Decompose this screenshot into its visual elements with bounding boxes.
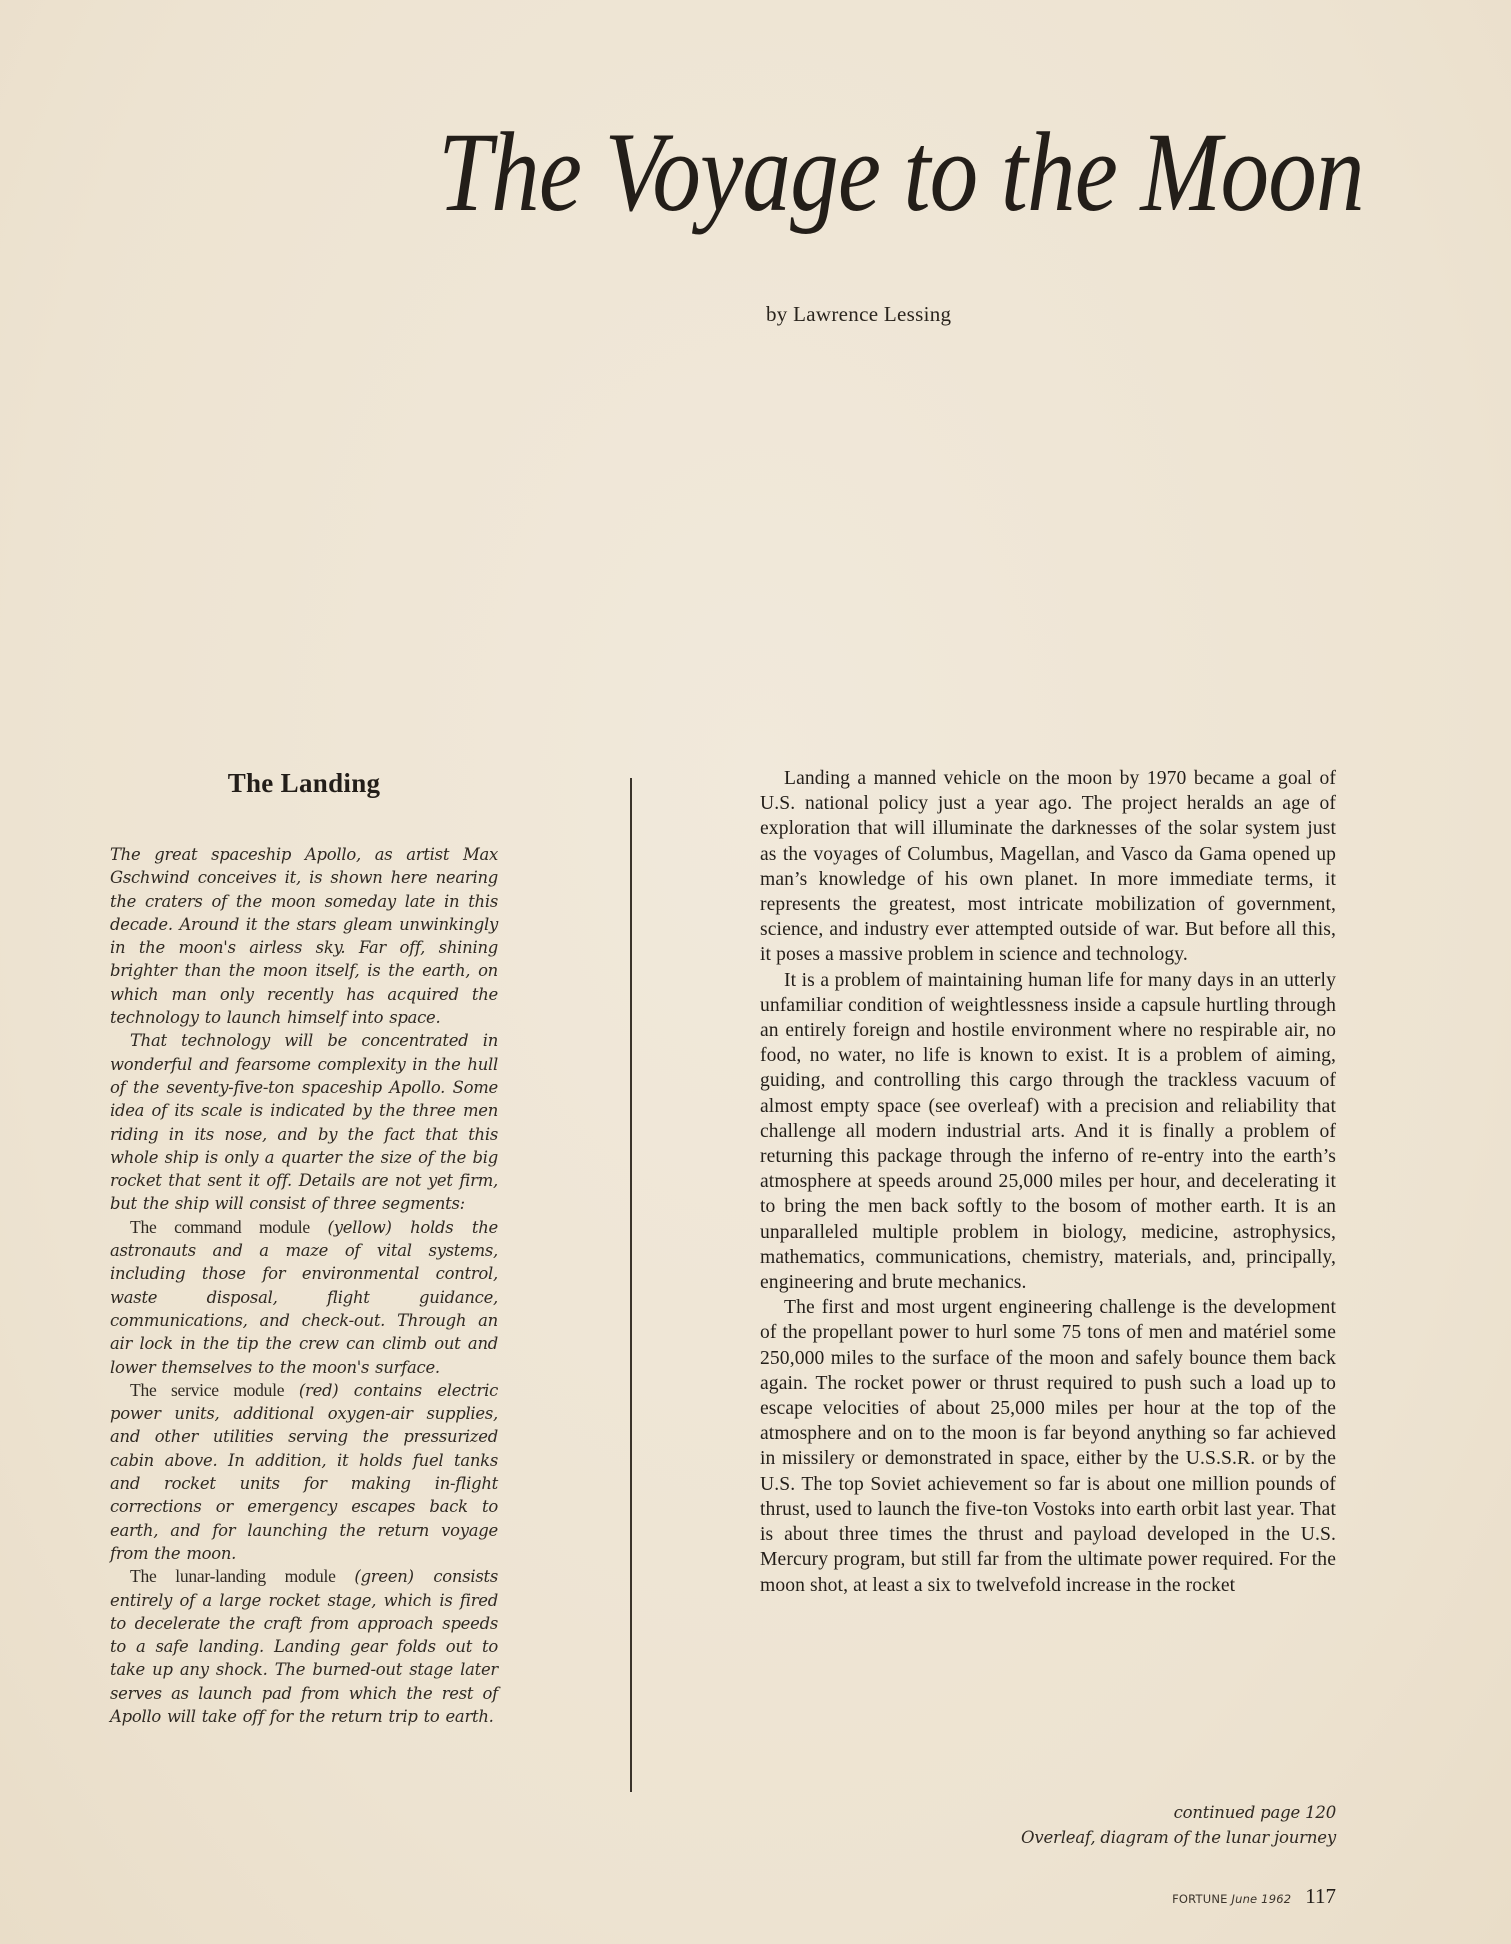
caption-text: (green) consists entirely of a large roc… [110, 1567, 498, 1726]
caption-column: The Landing The great spaceship Apollo, … [110, 768, 498, 1728]
caption-heading: The Landing [110, 768, 498, 799]
caption-paragraph-lunar-module: The lunar-landing module (green) consist… [110, 1565, 498, 1728]
continued-note: continued page 120 [1174, 1803, 1336, 1822]
body-paragraph: Landing a manned vehicle on the moon by … [760, 766, 1336, 968]
page-number: 117 [1305, 1884, 1336, 1909]
article-title: The Voyage to the Moon [438, 108, 1364, 238]
caption-paragraph: The great spaceship Apollo, as artist Ma… [110, 843, 498, 1029]
caption-paragraph-command-module: The command module (yellow) holds the as… [110, 1216, 498, 1379]
body-paragraph: The first and most urgent engineering ch… [760, 1295, 1336, 1597]
page-footer: FORTUNE June 1962 117 [1172, 1884, 1336, 1909]
body-paragraph: It is a problem of maintaining human lif… [760, 968, 1336, 1296]
column-divider [630, 778, 632, 1792]
issue-date: June 1962 [1231, 1892, 1291, 1906]
caption-paragraph: That technology will be concentrated in … [110, 1029, 498, 1215]
caption-lead: The service module [130, 1380, 299, 1400]
caption-text: (yellow) holds the astronauts and a maze… [110, 1218, 498, 1377]
magazine-credit: FORTUNE June 1962 [1172, 1892, 1291, 1906]
caption-lead: The lunar-landing module [130, 1566, 354, 1586]
caption-paragraph-service-module: The service module (red) contains electr… [110, 1379, 498, 1565]
byline: by Lawrence Lessing [766, 302, 951, 327]
body-column: Landing a manned vehicle on the moon by … [760, 766, 1336, 1598]
caption-text: That technology will be concentrated in … [110, 1031, 498, 1213]
caption-text: (red) contains electric power units, add… [110, 1381, 498, 1563]
caption-text: The great spaceship Apollo, as artist Ma… [110, 845, 498, 1027]
caption-lead: The command module [130, 1217, 328, 1237]
magazine-name: FORTUNE [1172, 1892, 1228, 1906]
overleaf-note: Overleaf, diagram of the lunar journey [1021, 1828, 1336, 1847]
